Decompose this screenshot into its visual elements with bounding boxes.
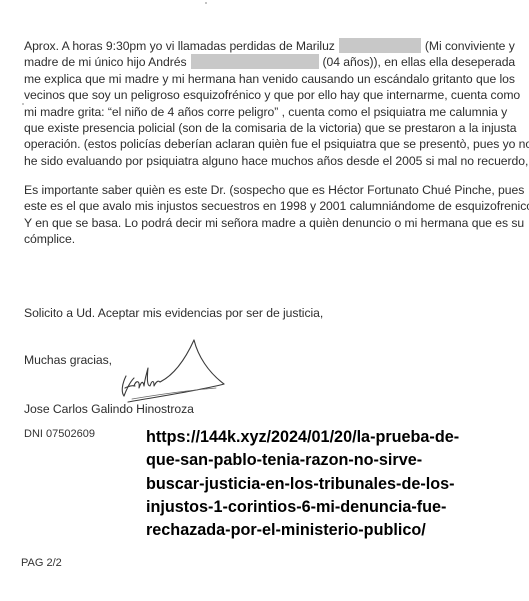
line-text: Aprox. A horas 9:30pm yo vi llamadas per… (24, 39, 335, 53)
url-line: que-san-pablo-tenia-razon-no-sirve- (146, 449, 526, 472)
redaction-box (191, 54, 319, 69)
paragraph-line: operación. (estos policías deberían acla… (24, 136, 524, 152)
redaction-box (339, 38, 421, 53)
paragraph-line: madre de mi único hijo Andrés(04 años)),… (24, 54, 524, 70)
paragraph-line: mi madre grita: “el niño de 4 años corre… (24, 104, 524, 120)
scanned-letter-page: Aprox. A horas 9:30pm yo vi llamadas per… (0, 0, 529, 601)
thanks-line: Muchas gracias, (24, 352, 524, 368)
handwritten-signature (112, 336, 232, 408)
line-text: (04 años)), en ellas ella deseperada (323, 55, 516, 69)
url-line: injustos-1-corintios-6-mi-denuncia-fue- (146, 496, 526, 519)
url-line: https://144k.xyz/2024/01/20/la-prueba-de… (146, 426, 526, 449)
paragraph-doctor: Es importante saber quièn es este Dr. (s… (24, 182, 524, 248)
dni-number: DNI 07502609 (24, 428, 95, 440)
paragraph-line: este es el que avalo mis injustos secues… (24, 198, 524, 214)
paragraph-line: que existe presencia policial (son de la… (24, 120, 524, 136)
signatory-name: Jose Carlos Galindo Hinostroza (24, 401, 524, 417)
paragraph-line: cómplice. (24, 231, 524, 247)
paragraph-line: Y en que se basa. Lo podrá decir mi seño… (24, 215, 524, 231)
paragraph-line: Aprox. A horas 9:30pm yo vi llamadas per… (24, 38, 524, 54)
url-line: buscar-justicia-en-los-tribunales-de-los… (146, 473, 526, 496)
closing-request: Solicito a Ud. Aceptar mis evidencias po… (24, 305, 524, 321)
overlay-url: https://144k.xyz/2024/01/20/la-prueba-de… (146, 426, 526, 542)
paragraph-incident: Aprox. A horas 9:30pm yo vi llamadas per… (24, 38, 524, 169)
page-number: PAG 2/2 (21, 557, 62, 569)
url-line: rechazada-por-el-ministerio-publico/ (146, 519, 526, 542)
paragraph-line: he sido evaluando por psiquiatra alguno … (24, 153, 524, 169)
paragraph-line: vecinos que soy un peligroso esquizofrén… (24, 87, 524, 103)
paragraph-line: Es importante saber quièn es este Dr. (s… (24, 182, 524, 198)
line-text: (Mi conviviente y (425, 39, 515, 53)
line-text: madre de mi único hijo Andrés (24, 55, 187, 69)
paragraph-line: me explica que mi madre y mi hermana han… (24, 71, 524, 87)
scan-speck (205, 2, 207, 4)
